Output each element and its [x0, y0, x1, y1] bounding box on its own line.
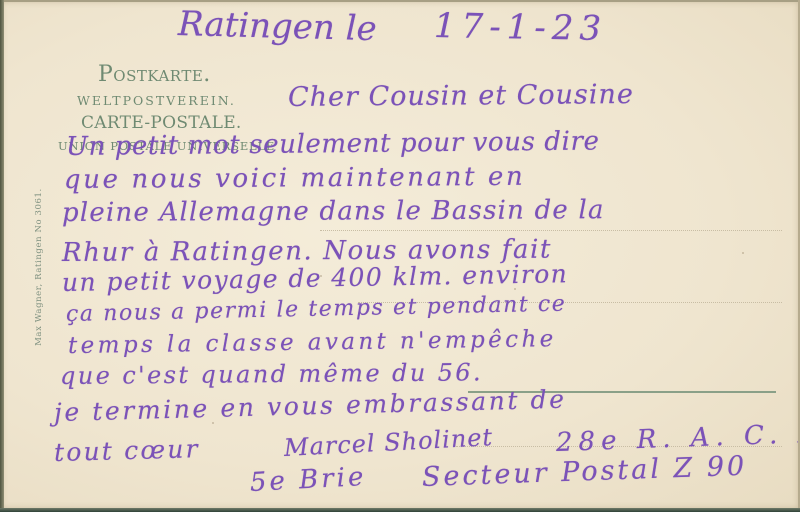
handwritten-line-6: ça nous a permi le temps et pendant ce	[66, 292, 567, 327]
card-edge-left	[0, 0, 4, 512]
address-line-dotted	[320, 230, 782, 231]
paper-speck	[514, 288, 516, 290]
handwritten-place: Ratingen le	[177, 4, 377, 49]
handwritten-signature-postal: Secteur Postal Z 90	[421, 451, 747, 493]
handwritten-salutation: Cher Cousin et Cousine	[288, 79, 634, 113]
handwritten-line-8: que c'est quand même du 56.	[60, 358, 483, 390]
printed-title-postkarte: Postkarte.	[98, 62, 211, 87]
paper-speck	[320, 275, 322, 277]
printed-weltpostverein: WELTPOSTVEREIN.	[77, 93, 236, 108]
handwritten-line-9: je termine en vous embrassant de	[54, 385, 567, 427]
printed-publisher-imprint: Max Wagner, Ratingen No 3061.	[34, 188, 44, 346]
handwritten-line-2: que nous voici maintenant en	[64, 162, 525, 195]
handwritten-date: 17-1-23	[434, 6, 608, 49]
handwritten-line-1: Un petit mot seulement pour vous dire	[66, 126, 600, 162]
paper-speck	[212, 422, 214, 424]
paper-speck	[742, 252, 744, 254]
handwritten-line-10: tout cœur	[54, 434, 200, 467]
handwritten-signature-unit: 28e R. A. C. P.	[555, 418, 798, 458]
handwritten-signature-name: Marcel Sholinet	[283, 423, 493, 462]
handwritten-line-3: pleine Allemagne dans le Bassin de la	[62, 195, 605, 228]
handwritten-signature-battery: 5e Brie	[249, 462, 367, 498]
handwritten-line-7: temps la classe avant n'empêche	[68, 326, 557, 359]
postcard: Postkarte. WELTPOSTVEREIN. CARTE-POSTALE…	[2, 2, 798, 508]
card-edge-bottom	[0, 508, 800, 512]
